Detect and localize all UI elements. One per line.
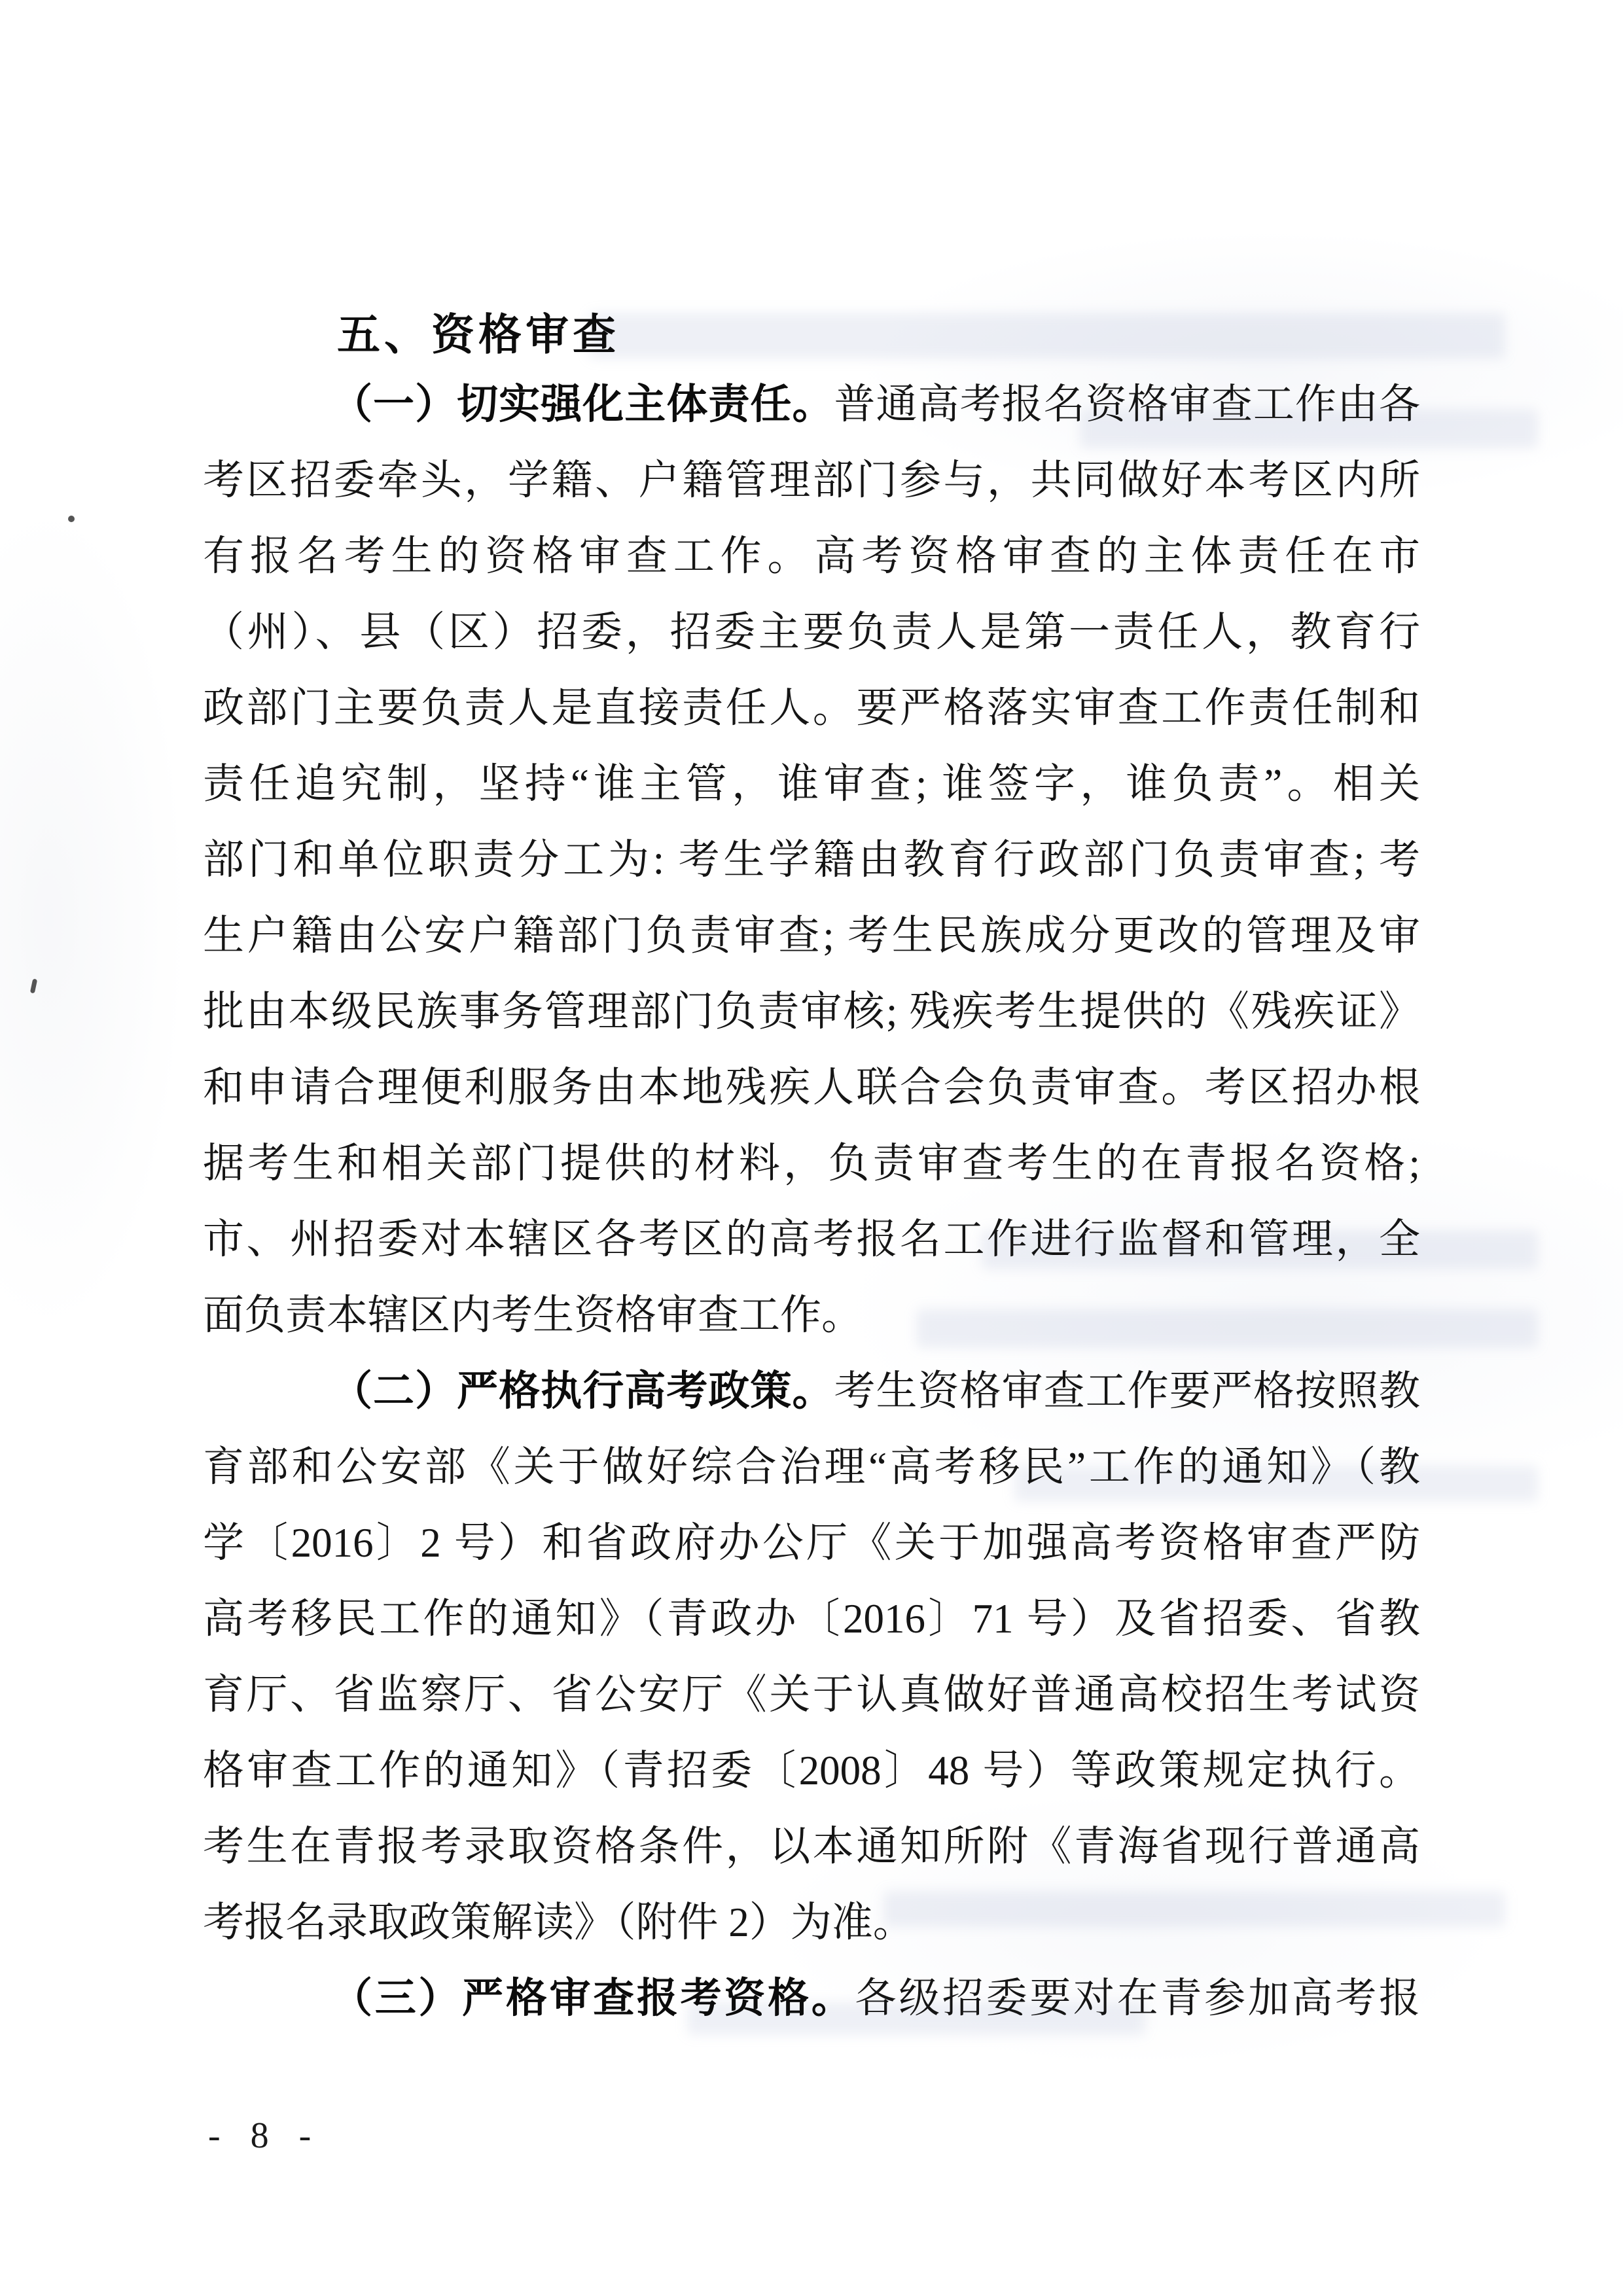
paragraph-first-line-text: 普通高考报名资格审查工作由各 [834, 381, 1420, 427]
text-line: （州）、县（区）招委，招委主要负责人是第一责任人，教育行 [203, 594, 1420, 670]
text-line: 面负责本辖区内考生资格审查工作。 [203, 1277, 1420, 1353]
text-line: 生户籍由公安户籍部门负责审查; 考生民族成分更改的管理及审 [203, 898, 1420, 974]
bleedthrough-artifact [589, 313, 1505, 359]
text-line: 育部和公安部《关于做好综合治理“高考移民”工作的通知》（教 [203, 1429, 1420, 1505]
text-line: 有报名考生的资格审查工作。高考资格审查的主体责任在市 [203, 518, 1420, 594]
text-line: 批由本级民族事务管理部门负责审核; 残疾考生提供的《残疾证》 [203, 974, 1420, 1050]
text-line: 政部门主要负责人是直接责任人。要严格落实审查工作责任制和 [203, 670, 1420, 746]
text-line: 高考移民工作的通知》（青政办〔2016〕71 号）及省招委、省教 [203, 1581, 1420, 1657]
text-line: 育厅、省监察厅、省公安厅《关于认真做好普通高校招生考试资 [203, 1657, 1420, 1733]
paragraph-lead: （一）切实强化主体责任。 [331, 381, 834, 427]
text-line: 格审查工作的通知》（青招委〔2008〕48 号）等政策规定执行。 [203, 1733, 1420, 1809]
paragraph-first-line: （一）切实强化主体责任。普通高考报名资格审查工作由各 [203, 366, 1420, 442]
paragraph-first-line: （三）严格审查报考资格。各级招委要对在青参加高考报 [203, 1960, 1420, 2036]
text-line: 和申请合理便利服务由本地残疾人联合会负责审查。考区招办根 [203, 1050, 1420, 1125]
text-line: 责任追究制，坚持“谁主管，谁审查; 谁签字，谁负责”。相关 [203, 746, 1420, 822]
paragraph-first-line-text: 各级招委要对在青参加高考报 [855, 1975, 1421, 2021]
section-heading: 五、资格审查 [337, 300, 620, 362]
text-line: 考生在青报考录取资格条件，以本通知所附《青海省现行普通高 [203, 1809, 1420, 1884]
text-line: 市、州招委对本辖区各考区的高考报名工作进行监督和管理，全 [203, 1201, 1420, 1277]
scan-speck [30, 979, 37, 994]
text-line: 考区招委牵头，学籍、户籍管理部门参与，共同做好本考区内所 [203, 442, 1420, 518]
text-line: 考报名录取政策解读》（附件 2）为准。 [203, 1884, 1420, 1960]
paragraph-lead: （三）严格审查报考资格。 [331, 1975, 855, 2021]
text-line: 学〔2016〕2 号）和省政府办公厅《关于加强高考资格审查严防 [203, 1505, 1420, 1581]
scan-speck [68, 516, 75, 522]
scanned-document-page: 五、资格审查 （一）切实强化主体责任。普通高考报名资格审查工作由各考区招委牵头，… [0, 0, 1623, 2296]
text-line: 据考生和相关部门提供的材料，负责审查考生的在青报名资格; [203, 1125, 1420, 1201]
paragraph-first-line-text: 考生资格审查工作要严格按照教 [834, 1368, 1420, 1414]
text-line: 部门和单位职责分工为: 考生学籍由教育行政部门负责审查; 考 [203, 822, 1420, 898]
paragraph-lead: （二）严格执行高考政策。 [331, 1368, 834, 1414]
page-number: - 8 - [208, 2115, 321, 2157]
paragraph-first-line: （二）严格执行高考政策。考生资格审查工作要严格按照教 [203, 1353, 1420, 1429]
document-body: （一）切实强化主体责任。普通高考报名资格审查工作由各考区招委牵头，学籍、户籍管理… [203, 366, 1420, 2036]
